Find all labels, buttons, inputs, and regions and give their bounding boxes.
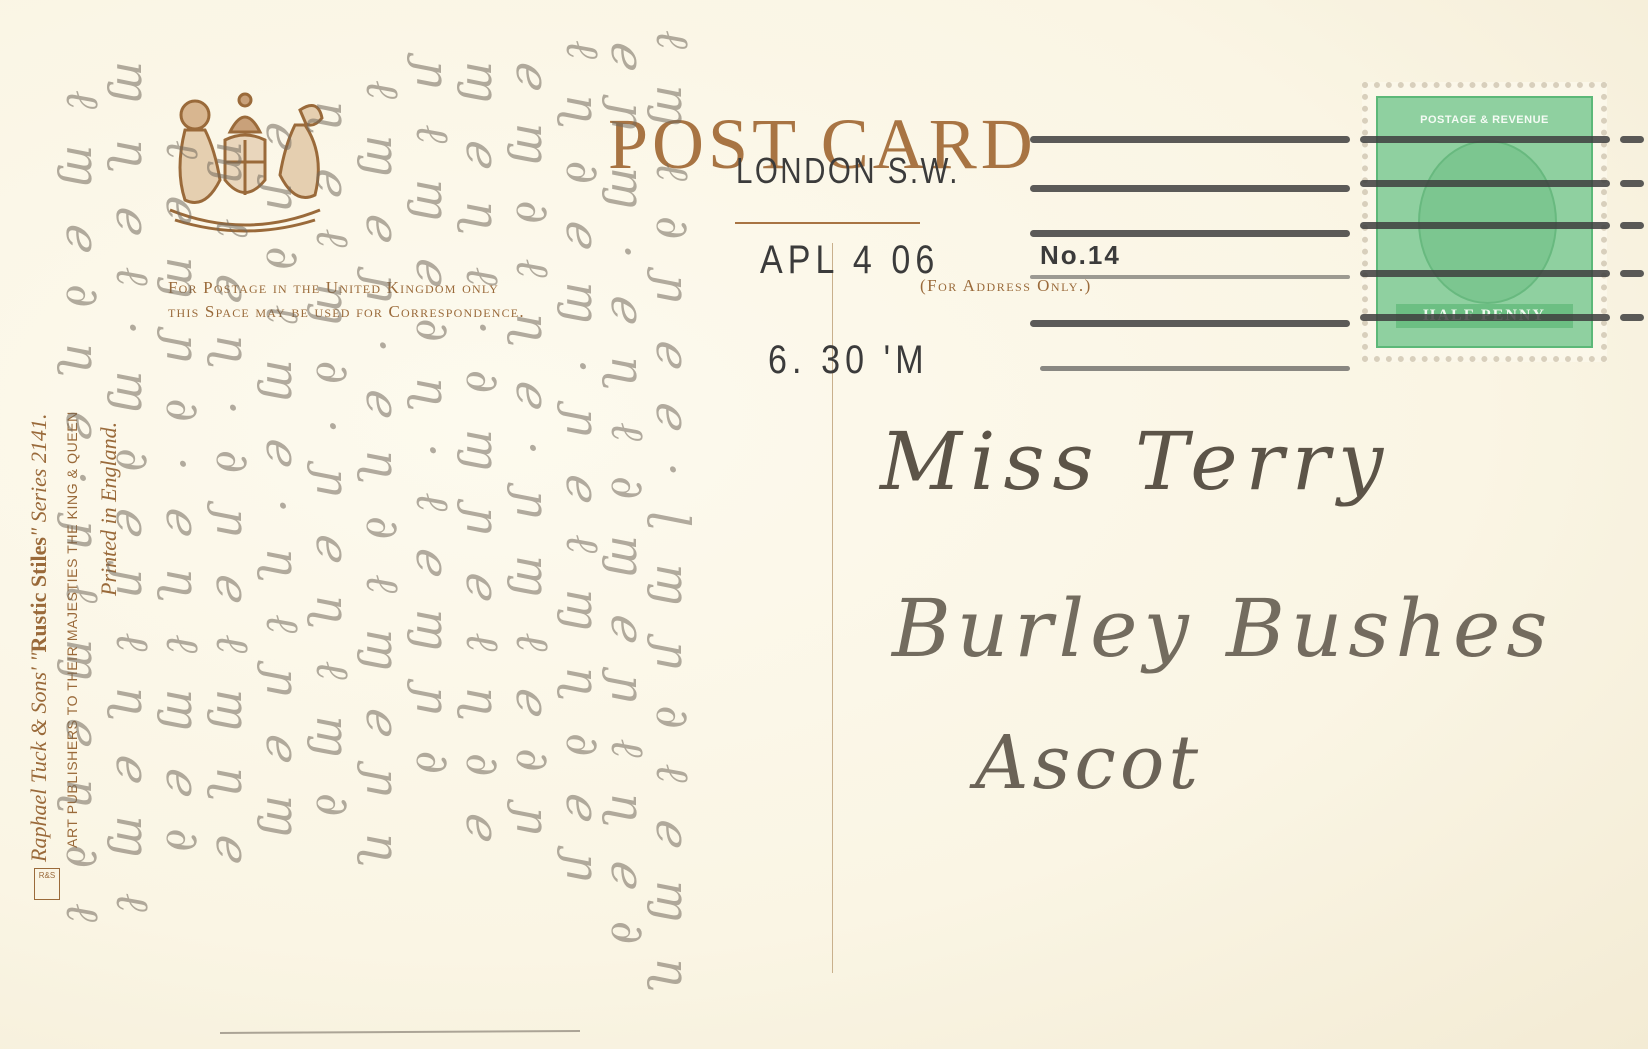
address-line-3: Ascot	[975, 720, 1202, 806]
cancellation-line	[1360, 270, 1610, 277]
postcard-back: POST CARD For Postage in the United King…	[0, 0, 1648, 1049]
cancellation-line	[1030, 230, 1350, 237]
cancellation-line	[1030, 275, 1350, 279]
address-line-1: Miss Terry	[880, 415, 1391, 508]
cancellation-line	[1040, 366, 1350, 371]
postmark-machine-number: No.14	[1040, 240, 1121, 271]
cancellation-line	[1620, 314, 1644, 321]
handwritten-message-stroke: ɱ ℓ ℯ ɳ · ∂ ɲ ℯ ℓ ɱ ɳ ℯ	[206, 140, 260, 870]
handwritten-message-stroke: ℓ ℯ ɱ ɲ ∂ · ℯ ɳ ℓ ɱ ℯ ∂	[156, 140, 210, 862]
cancellation-line	[1620, 222, 1644, 229]
postmark-city: LONDON S.W.	[736, 150, 960, 192]
heading-underline	[735, 222, 920, 224]
bottom-rule	[220, 1030, 580, 1034]
handwritten-message-stroke: ɲ ℓ ɱ ℯ ∂ ɳ · ℓ ℯ ɱ ɲ ∂	[406, 60, 460, 784]
cancellation-line	[1030, 320, 1350, 327]
postmark-time: 6. 30 'M	[768, 338, 929, 383]
cancellation-line	[1360, 222, 1610, 229]
handwritten-message-stroke: ɳ ℯ ℓ ɱ ∂ · ɲ ℯ ɳ ℓ ɱ ∂	[306, 100, 360, 826]
cancellation-line	[1360, 180, 1610, 187]
handwritten-message-stroke: ɱ ɳ ℯ ℓ · ɱ ∂ ℯ ɲ ℓ ɳ ℯ ɱ ℓ	[106, 60, 160, 922]
cancellation-line	[1360, 314, 1610, 321]
series-name: Rustic Stiles	[26, 537, 51, 653]
handwritten-message-stroke: ℓ ɱ ℯ ɲ · ℯ ɳ ∂ ℓ ɱ ℯ ɲ ɳ	[356, 80, 410, 874]
handwritten-message-stroke: ℯ ɲ ∂ ℓ ɱ ℯ · ɳ ℓ ɲ ℯ ɱ	[256, 120, 310, 848]
cancellation-line	[1030, 136, 1350, 143]
cancellation-line	[1360, 136, 1610, 143]
address-only-label: (For Address Only.)	[920, 276, 1092, 296]
cancellation-line	[1030, 185, 1350, 192]
publisher-line-1: Raphael Tuck & Sons' "Rustic Stiles" Ser…	[26, 414, 52, 863]
handwritten-message-stroke: ℓ ɱ ℯ ∂ ɳ ℯ · ɲ ℓ ɱ ℯ ɳ ∂ ℓ	[56, 90, 110, 932]
stamp-top-text: POSTAGE & REVENUE	[1378, 114, 1591, 126]
postmark-date: APL 4 06	[760, 238, 939, 283]
cancellation-line	[1620, 136, 1644, 143]
handwritten-message-stroke: ℓ ɳ ∂ ℯ ɱ · ɲ ℯ ℓ ɱ ɳ ∂ ℯ ɲ	[556, 40, 610, 893]
cancellation-line	[1620, 270, 1644, 277]
cancellation-line	[1620, 180, 1644, 187]
handwritten-message-stroke: ℯ ɱ ∂ ℓ ɳ ℯ · ɲ ɱ ℓ ℯ ∂ ɲ	[506, 60, 560, 846]
handwritten-message-stroke: ɱ ℯ ɳ ℓ · ∂ ɱ ɲ ℯ ℓ ɳ ∂ ℯ	[456, 60, 510, 848]
address-line-2: Burley Bushes	[892, 582, 1553, 675]
